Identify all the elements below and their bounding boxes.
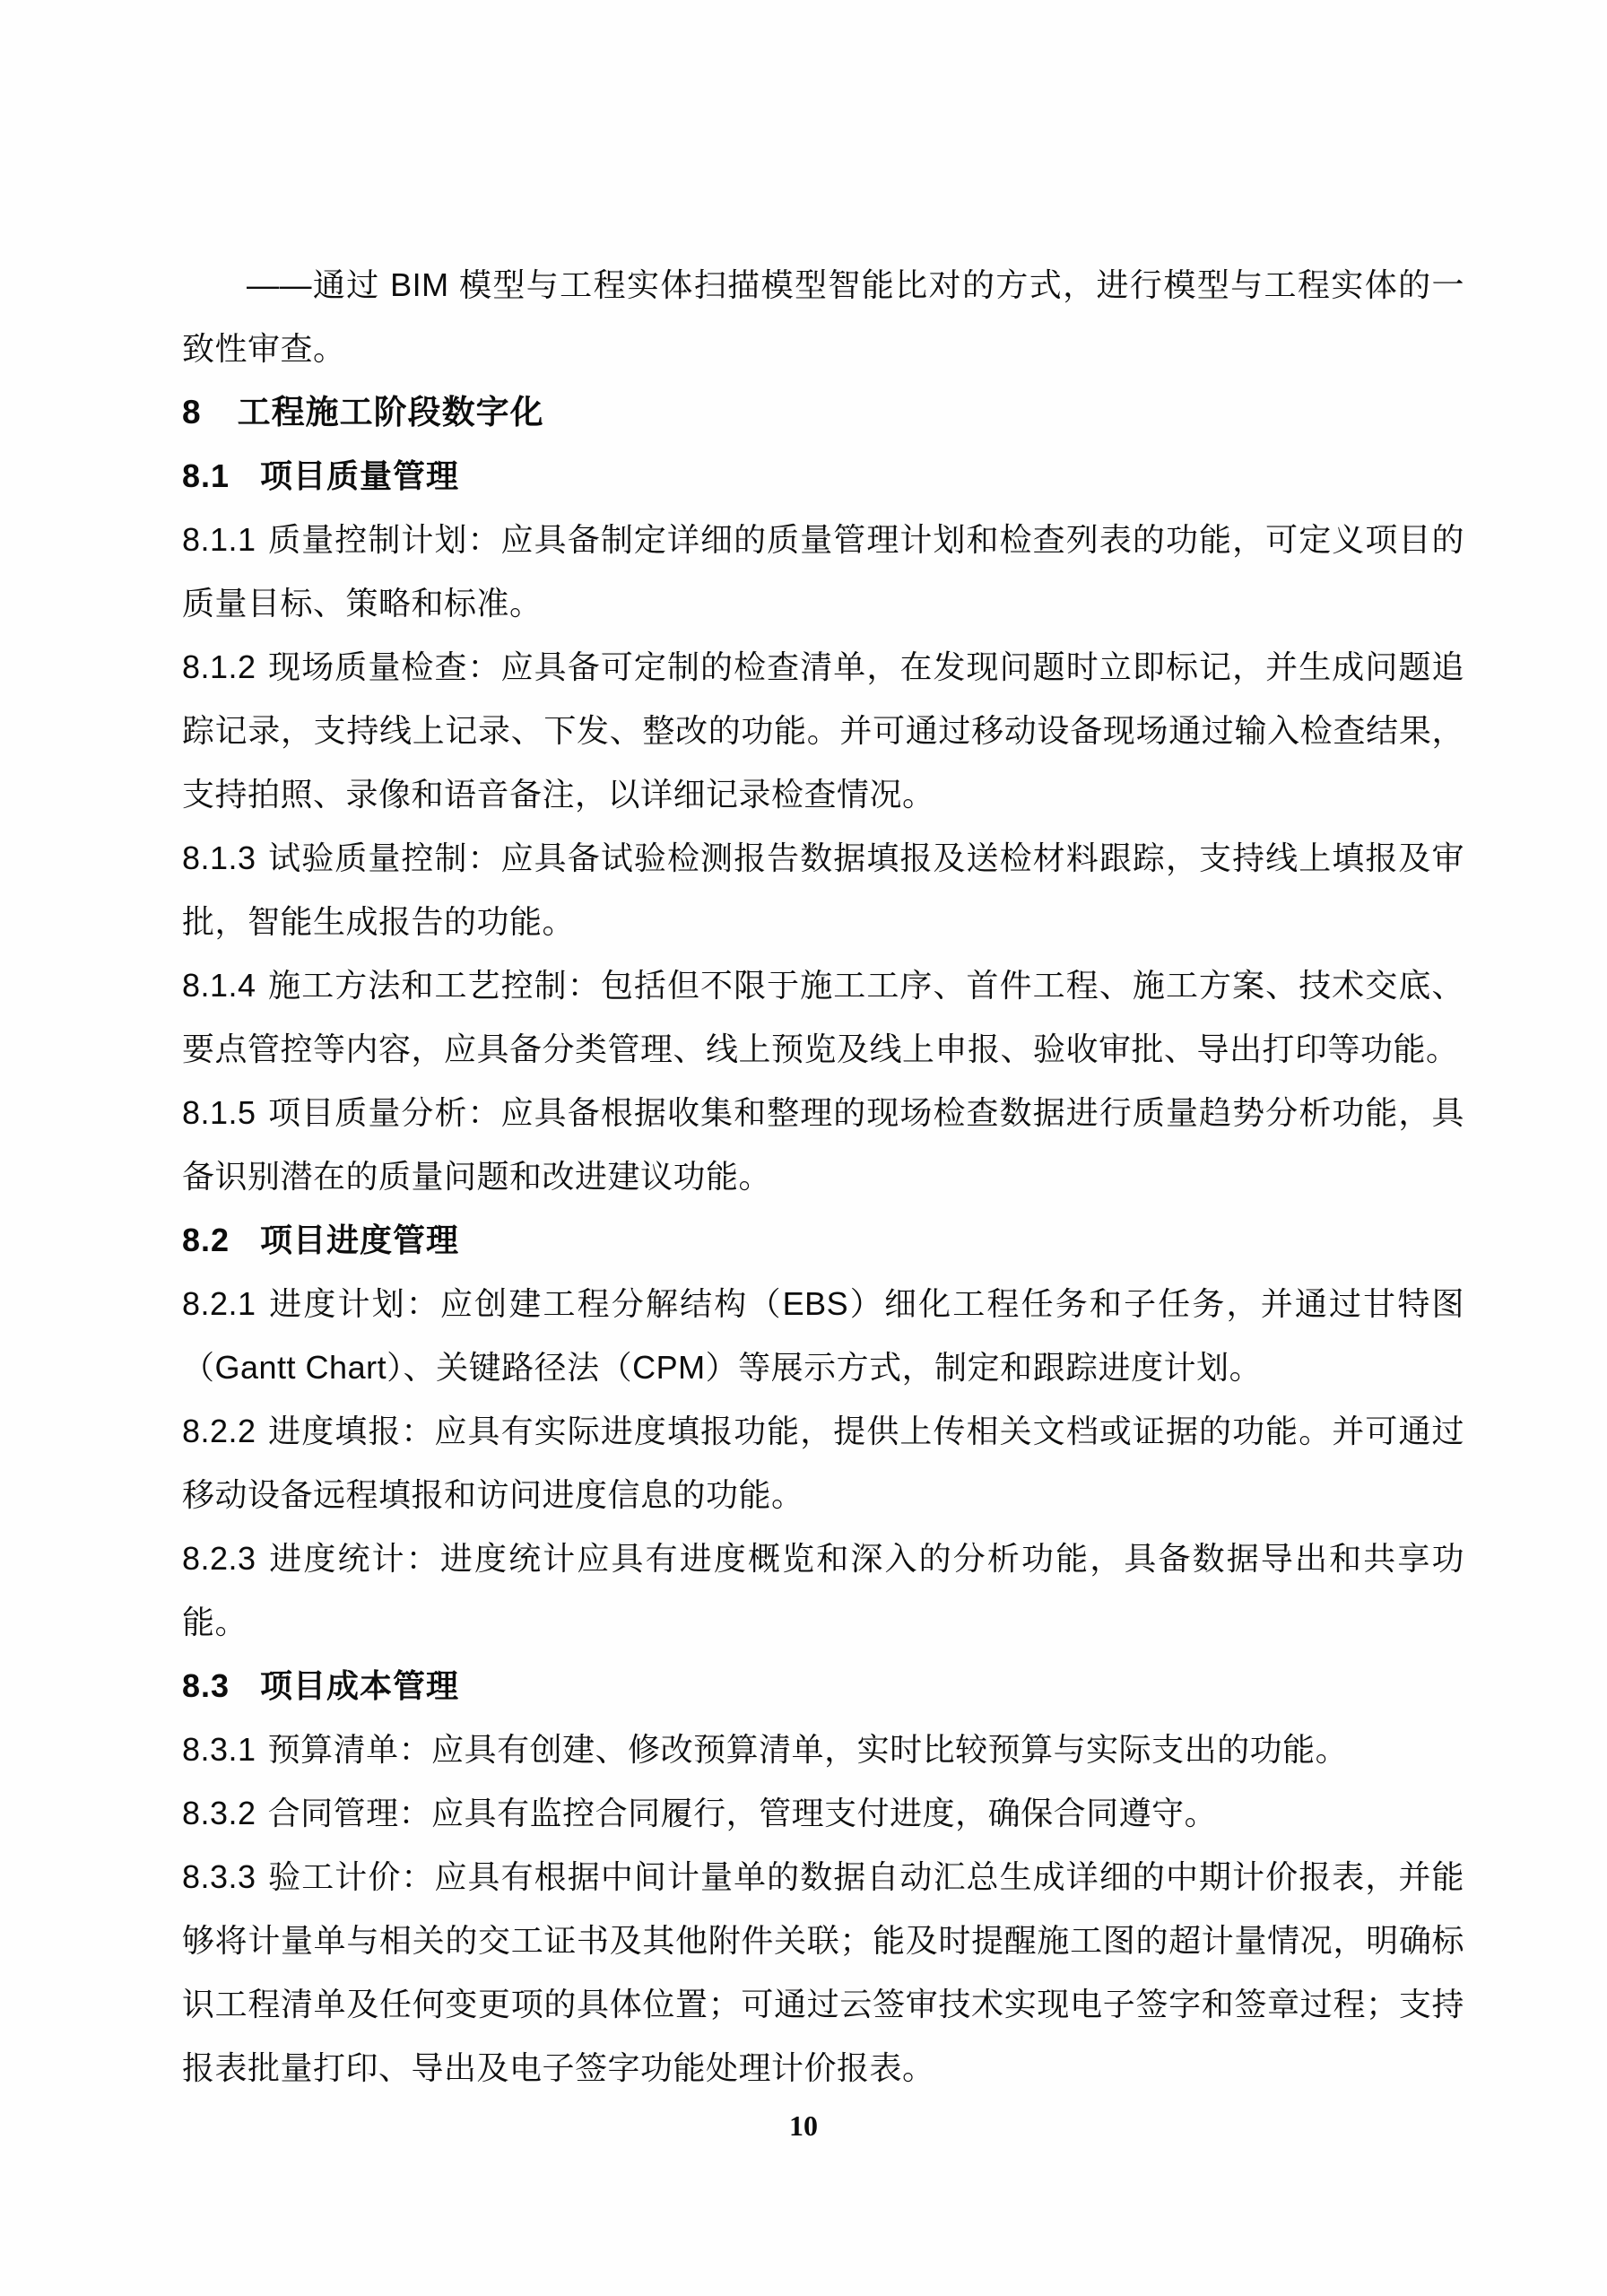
clause-8-1-5: 8.1.5项目质量分析：应具备根据收集和整理的现场检查数据进行质量趋势分析功能，… <box>182 1081 1464 1208</box>
section-number: 8.3 <box>182 1667 230 1704</box>
clause-8-3-1: 8.3.1预算清单：应具有创建、修改预算清单，实时比较预算与实际支出的功能。 <box>182 1718 1464 1781</box>
clause-number: 8.1.1 <box>182 521 256 558</box>
section-heading-8-3: 8.3项目成本管理 <box>182 1654 1464 1718</box>
chapter-heading: 8工程施工阶段数字化 <box>182 380 1464 444</box>
section-title: 项目进度管理 <box>260 1222 459 1258</box>
clause-text: 项目质量分析：应具备根据收集和整理的现场检查数据进行质量趋势分析功能，具备识别潜… <box>182 1094 1464 1195</box>
section-title: 项目成本管理 <box>260 1667 459 1704</box>
clause-number: 8.1.5 <box>182 1094 256 1131</box>
clause-number: 8.1.3 <box>182 839 256 876</box>
clause-number: 8.2.1 <box>182 1285 256 1322</box>
intro-paragraph: ——通过 BIM 模型与工程实体扫描模型智能比对的方式，进行模型与工程实体的一致… <box>182 253 1464 380</box>
clause-8-2-2: 8.2.2进度填报：应具有实际进度填报功能，提供上传相关文档或证据的功能。并可通… <box>182 1399 1464 1526</box>
clause-text: 预算清单：应具有创建、修改预算清单，实时比较预算与实际支出的功能。 <box>268 1731 1349 1768</box>
clause-8-3-2: 8.3.2合同管理：应具有监控合同履行，管理支付进度，确保合同遵守。 <box>182 1781 1464 1845</box>
clause-number: 8.3.2 <box>182 1795 256 1831</box>
clause-text: 合同管理：应具有监控合同履行，管理支付进度，确保合同遵守。 <box>268 1795 1218 1831</box>
clause-text: 进度统计：进度统计应具有进度概览和深入的分析功能，具备数据导出和共享功能。 <box>182 1540 1464 1640</box>
document-page: ——通过 BIM 模型与工程实体扫描模型智能比对的方式，进行模型与工程实体的一致… <box>0 0 1607 2296</box>
clause-text: 质量控制计划：应具备制定详细的质量管理计划和检查列表的功能，可定义项目的质量目标… <box>182 521 1464 622</box>
clause-number: 8.2.3 <box>182 1540 256 1577</box>
clause-8-1-4: 8.1.4施工方法和工艺控制：包括但不限于施工工序、首件工程、施工方案、技术交底… <box>182 953 1464 1081</box>
clause-text: 进度填报：应具有实际进度填报功能，提供上传相关文档或证据的功能。并可通过移动设备… <box>182 1413 1464 1513</box>
page-footer: 10 <box>0 2108 1607 2144</box>
section-number: 8.1 <box>182 457 230 494</box>
clause-number: 8.1.2 <box>182 648 256 685</box>
chapter-number: 8 <box>182 394 202 430</box>
clause-text: 试验质量控制：应具备试验检测报告数据填报及送检材料跟踪，支持线上填报及审批，智能… <box>182 839 1464 940</box>
clause-8-3-3: 8.3.3验工计价：应具有根据中间计量单的数据自动汇总生成详细的中期计价报表，并… <box>182 1845 1464 2100</box>
clause-number: 8.3.1 <box>182 1731 256 1768</box>
clause-text: 施工方法和工艺控制：包括但不限于施工工序、首件工程、施工方案、技术交底、要点管控… <box>182 967 1464 1067</box>
clause-8-1-3: 8.1.3试验质量控制：应具备试验检测报告数据填报及送检材料跟踪，支持线上填报及… <box>182 826 1464 953</box>
section-number: 8.2 <box>182 1222 230 1258</box>
clause-8-1-1: 8.1.1质量控制计划：应具备制定详细的质量管理计划和检查列表的功能，可定义项目… <box>182 508 1464 635</box>
page-number: 10 <box>789 2109 818 2142</box>
clause-text: 验工计价：应具有根据中间计量单的数据自动汇总生成详细的中期计价报表，并能够将计量… <box>182 1858 1464 2086</box>
clause-number: 8.2.2 <box>182 1413 256 1449</box>
clause-number: 8.1.4 <box>182 967 256 1004</box>
chapter-title: 工程施工阶段数字化 <box>238 394 544 430</box>
clause-8-2-1: 8.2.1进度计划：应创建工程分解结构（EBS）细化工程任务和子任务，并通过甘特… <box>182 1272 1464 1399</box>
section-heading-8-1: 8.1项目质量管理 <box>182 444 1464 508</box>
clause-number: 8.3.3 <box>182 1858 256 1895</box>
clause-8-1-2: 8.1.2现场质量检查：应具备可定制的检查清单，在发现问题时立即标记，并生成问题… <box>182 635 1464 826</box>
clause-8-2-3: 8.2.3进度统计：进度统计应具有进度概览和深入的分析功能，具备数据导出和共享功… <box>182 1526 1464 1654</box>
clause-text: 进度计划：应创建工程分解结构（EBS）细化工程任务和子任务，并通过甘特图（Gan… <box>182 1285 1464 1386</box>
clause-text: 现场质量检查：应具备可定制的检查清单，在发现问题时立即标记，并生成问题追踪记录，… <box>182 648 1464 813</box>
section-heading-8-2: 8.2项目进度管理 <box>182 1208 1464 1272</box>
document-body: ——通过 BIM 模型与工程实体扫描模型智能比对的方式，进行模型与工程实体的一致… <box>182 253 1464 2100</box>
section-title: 项目质量管理 <box>260 457 459 494</box>
